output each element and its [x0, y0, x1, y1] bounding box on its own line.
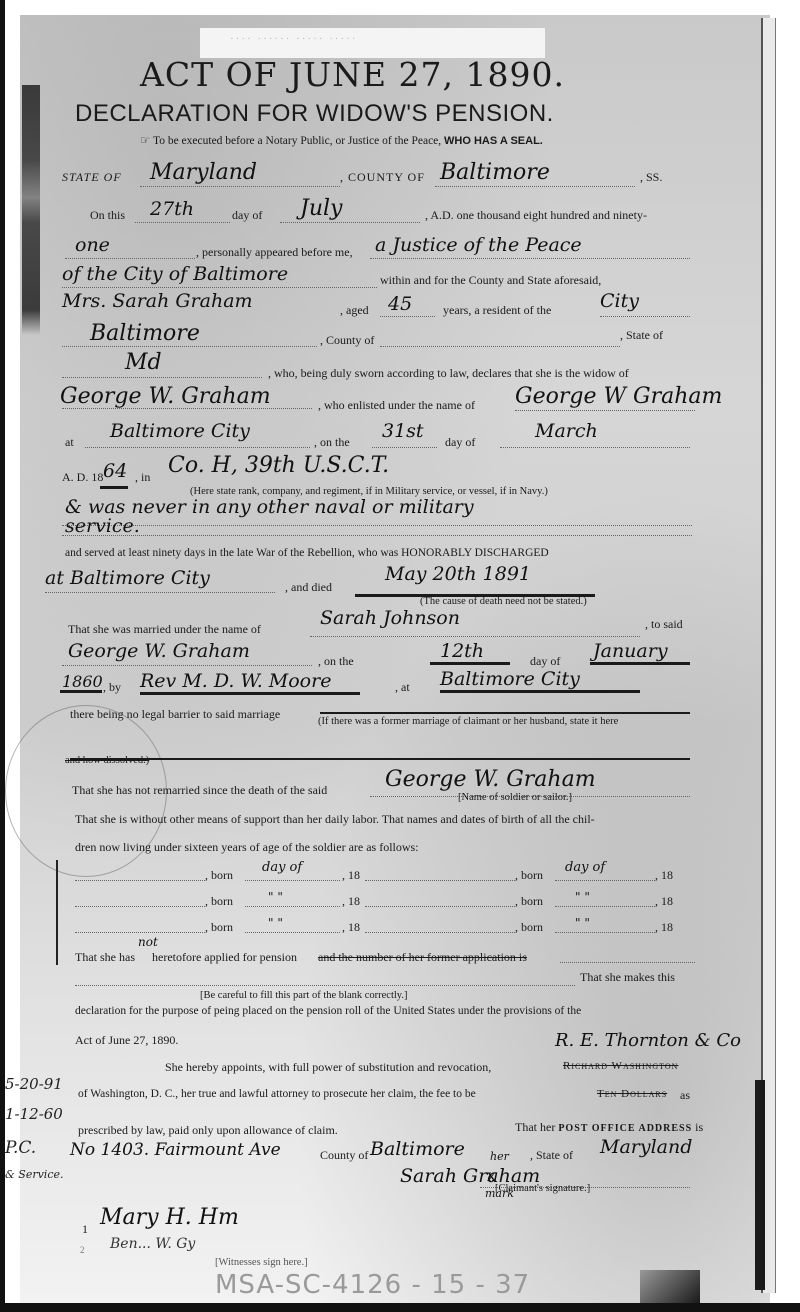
act-title: ACT OF JUNE 27, 1890. — [140, 55, 565, 94]
month-value: July — [300, 196, 342, 221]
street-address-value: No 1403. Fairmount Ave — [70, 1140, 281, 1160]
husband-value: George W. Graham — [68, 640, 250, 662]
prior-insert-value: not — [138, 935, 158, 949]
attorney-of-text: of Washington, D. C., her true and lawfu… — [78, 1088, 476, 1100]
struck-fee: Ten Dollars — [597, 1088, 667, 1100]
state-value: Maryland — [150, 160, 257, 185]
soldier-name-value: George W. Graham — [60, 384, 271, 409]
support-line-2: dren now living under sixteen years of a… — [75, 840, 419, 855]
county-of-label: , County of — [320, 333, 374, 348]
age-value: 45 — [388, 293, 412, 315]
to-said-label: , to said — [645, 617, 683, 632]
scan-shadow-right — [755, 1080, 765, 1290]
po-address-label: That her POST OFFICE ADDRESS is — [515, 1120, 703, 1135]
death-date-value: May 20th 1891 — [385, 563, 531, 585]
county-label: , COUNTY OF — [340, 170, 425, 185]
act-text: Act of June 27, 1890. — [75, 1033, 178, 1048]
official-value: a Justice of the Peace — [375, 234, 582, 256]
remarriage-soldier-value: George W. Graham — [385, 767, 596, 792]
address-county-value: Baltimore — [370, 1138, 465, 1160]
attorney-replacement-value: R. E. Thornton & Co — [555, 1030, 741, 1051]
marriage-on-the: , on the — [318, 654, 354, 669]
state-value-claimant: Md — [125, 350, 162, 375]
death-note: (The cause of death need not be stated.) — [420, 596, 587, 607]
appeared-text: , personally appeared before me, — [196, 245, 353, 260]
purpose-text: declaration for the purpose of peing pla… — [75, 1005, 581, 1017]
prescribed-text: prescribed by law, paid only upon allowa… — [78, 1123, 338, 1138]
on-the-label: , on the — [314, 435, 350, 450]
day-value: 27th — [150, 198, 194, 220]
witness-1-number: 1 — [82, 1222, 88, 1237]
marriage-at-label: , at — [395, 680, 410, 695]
county-value: Baltimore — [440, 160, 550, 185]
day-of-label: day of — [232, 208, 262, 223]
witness-note: [Witnesses sign here.] — [215, 1257, 308, 1268]
careful-note: [Be careful to fill this part of the bla… — [200, 990, 408, 1001]
address-state-label: , State of — [530, 1148, 573, 1163]
enlist-day-value: 31st — [382, 420, 424, 442]
appoints-text: She hereby appoints, with full power of … — [165, 1060, 491, 1075]
enlisted-text: , who enlisted under the name of — [318, 398, 475, 413]
struck-attorney-name: Richard Washington — [563, 1060, 678, 1072]
other-service-value-2: service. — [65, 515, 140, 537]
official-value-2: of the City of Baltimore — [62, 263, 288, 285]
marriage-day-value: 12th — [440, 640, 484, 662]
aged-label: , aged — [340, 303, 369, 318]
witness-2-number: 2 — [80, 1245, 85, 1255]
in-label: , in — [135, 470, 150, 485]
marriage-day-of: day of — [530, 654, 560, 669]
marriage-year-value: 1860 — [62, 672, 103, 691]
enlist-month-value: March — [535, 420, 598, 442]
address-state-value: Maryland — [600, 1136, 692, 1158]
pointing-hand-icon: ☞ — [140, 135, 150, 147]
barrier-text: there being no legal barrier to said mar… — [70, 707, 280, 722]
soldier-name-note: [Name of soldier or sailor.] — [458, 792, 572, 803]
archive-reference: MSA-SC-4126 - 15 - 37 — [215, 1270, 530, 1300]
maiden-name-value: Sarah Johnson — [320, 607, 460, 629]
served-text: and served at least ninety days in the l… — [65, 547, 549, 559]
prior-text-mid: heretofore applied for pension — [152, 950, 297, 965]
margin-note-service: & Service. — [5, 1168, 64, 1181]
prior-text-start: That she has — [75, 950, 135, 965]
year-suffix-value: one — [75, 234, 110, 256]
married-text: That she was married under the name of — [68, 622, 261, 637]
makes-this-text: That she makes this — [580, 970, 675, 985]
form-title: DECLARATION FOR WIDOW'S PENSION. — [75, 100, 554, 128]
mark-value: mark — [485, 1187, 514, 1200]
bracket-mark — [56, 860, 58, 965]
state-of-label: , State of — [620, 328, 663, 343]
address-county-label: County of — [320, 1148, 368, 1163]
by-label: , by — [103, 680, 121, 695]
margin-note-pc: P.C. — [5, 1138, 36, 1158]
remarriage-text: That she has not remarried since the dea… — [72, 783, 327, 798]
years-text: years, a resident of the — [443, 303, 551, 318]
enlist-day-of-label: day of — [445, 435, 475, 450]
support-line-1: That she is without other means of suppo… — [75, 812, 595, 827]
enlisted-name-value: George W Graham — [515, 384, 722, 409]
binding-stain — [22, 85, 40, 335]
officiant-value: Rev M. D. W. Moore — [140, 670, 331, 692]
ad-text: , A.D. one thousand eight hundred and ni… — [425, 208, 647, 223]
marriage-place-value: Baltimore City — [440, 668, 580, 690]
ad-label: A. D. 18 — [62, 470, 103, 485]
enlist-place-value: Baltimore City — [110, 420, 250, 442]
on-this-label: On this — [90, 208, 125, 223]
witness-2-signature: Ben... W. Gy — [110, 1236, 195, 1252]
margin-note-death-date: 5-20-91 — [5, 1075, 63, 1093]
at-label: at — [65, 435, 74, 450]
enlist-year-value: 64 — [103, 460, 127, 482]
discharge-place-value: at Baltimore City — [45, 567, 210, 589]
died-label: , and died — [285, 580, 332, 595]
ss-label: , SS. — [640, 170, 662, 185]
within-text: within and for the County and State afor… — [380, 273, 601, 288]
instruction-line: ☞ To be executed before a Notary Public,… — [140, 133, 543, 147]
scan-shadow-corner — [640, 1270, 700, 1303]
city-value: Baltimore — [90, 321, 200, 346]
margin-note-marriage-date: 1-12-60 — [5, 1105, 63, 1123]
her-value: her — [490, 1150, 509, 1163]
state-label: STATE OF — [62, 170, 122, 185]
scan-border-bottom — [0, 1303, 800, 1312]
instruction-bold: WHO HAS A SEAL. — [444, 135, 543, 147]
witness-1-signature: Mary H. Hm — [100, 1205, 239, 1230]
marriage-month-value: January — [593, 640, 668, 662]
claimant-name-value: Mrs. Sarah Graham — [62, 290, 253, 312]
dissolved-note: and how dissolved.) — [65, 755, 149, 766]
residence-type-value: City — [600, 290, 639, 312]
unit-value: Co. H, 39th U.S.C.T. — [168, 453, 389, 478]
fee-as-text: as — [680, 1088, 690, 1103]
instruction-text: To be executed before a Notary Public, o… — [153, 135, 441, 147]
redacted-header-text: ···· ······ ····· ····· — [230, 33, 358, 45]
sworn-text: , who, being duly sworn according to law… — [268, 366, 629, 381]
prior-struck-text: and the number of her former application… — [318, 950, 527, 965]
former-marriage-note: (If there was a former marriage of claim… — [318, 716, 618, 727]
